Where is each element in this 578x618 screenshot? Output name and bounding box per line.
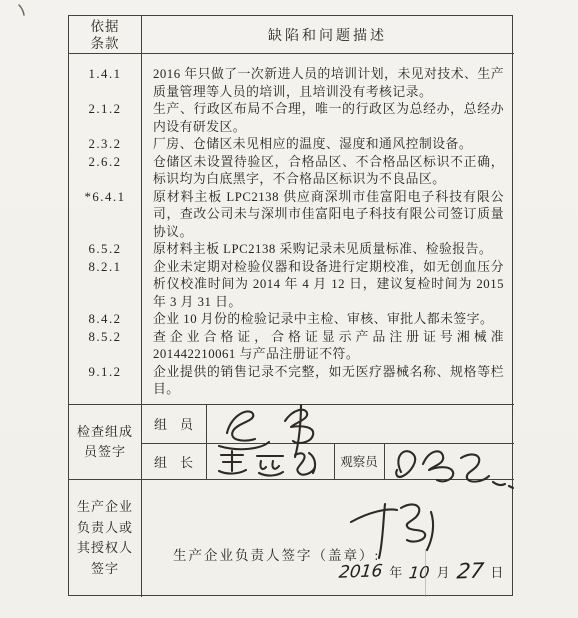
defect-description: 生产、行政区布局不合理，唯一的行政区为总经办，总经办内设有研发区。: [141, 101, 514, 136]
defect-description: 企业提供的销售记录不完整，如无医疗器械名称、规格等栏目。: [141, 364, 514, 399]
basis-line1: 依据: [91, 18, 120, 35]
scan-artifact-line: [425, 549, 426, 597]
defect-row: 1.4.1 2016 年只做了一次新进人员的培训计划，未见对技术、生产质量管理等…: [69, 66, 514, 101]
team-leader-label: 组 长: [141, 443, 206, 479]
gridline-observer-right: [384, 443, 385, 479]
column-header-basis-clause: 依据 条款: [69, 16, 141, 53]
defect-description: 查企业合格证，合格证显示产品注册证号湘械准 201442210061 与产品注册…: [141, 329, 514, 364]
defect-row: *6.4.1 原材料主板 LPC2138 供应商深圳市佳富阳电子科技有限公司，查…: [69, 189, 514, 242]
maker-signature-section-label: 生产企业 负责人或 其授权人 签字: [69, 479, 141, 597]
defect-description: 仓储区未设置待验区，合格品区、不合格品区标识不正确，标识均为白底黑字，不合格品区…: [141, 154, 514, 189]
principal-signature-handwriting: [335, 494, 445, 567]
observer-signature-handwriting: [387, 440, 517, 497]
defect-row: 8.2.1 企业未定期对检验仪器和设备进行定期校准，如无创血压分析仪校准时间为 …: [69, 259, 514, 312]
defect-clause: *6.4.1: [69, 189, 141, 242]
defect-clause: 8.4.2: [69, 311, 141, 329]
inspection-table: 依据 条款 缺陷和问题描述 1.4.1 2016 年只做了一次新进人员的培训计划…: [68, 15, 513, 596]
defect-clause: 2.6.2: [69, 154, 141, 189]
scan-speck-icon: [17, 3, 27, 22]
date-month-handwriting: 10: [408, 563, 430, 583]
scanned-document: 依据 条款 缺陷和问题描述 1.4.1 2016 年只做了一次新进人员的培训计划…: [0, 0, 578, 618]
defect-description: 原材料主板 LPC2138 供应商深圳市佳富阳电子科技有限公司，查改公司未与深圳…: [141, 189, 514, 242]
defect-description: 原材料主板 LPC2138 采购记录未见质量标准、检验报告。: [141, 241, 514, 259]
defect-clause: 8.5.2: [69, 329, 141, 364]
team-signature-section-label: 检查组成 员签字: [69, 404, 141, 479]
defect-clause: 1.4.1: [69, 66, 141, 101]
defect-row: 2.6.2 仓储区未设置待验区，合格品区、不合格品区标识不正确，标识均为白底黑字…: [69, 154, 514, 189]
defect-clause: 2.3.2: [69, 136, 141, 154]
defect-clause: 9.1.2: [69, 364, 141, 399]
date-month-unit: 月: [437, 562, 450, 582]
date-year-handwriting: 2016: [338, 561, 384, 582]
defect-row: 9.1.2 企业提供的销售记录不完整，如无医疗器械名称、规格等栏目。: [69, 364, 514, 399]
team-member-label: 组 员: [141, 404, 206, 443]
defect-row: 8.4.2 企业 10 月份的检验记录中主检、审核、审批人都未签字。: [69, 311, 514, 329]
defect-clause: 2.1.2: [69, 101, 141, 136]
defect-description: 企业 10 月份的检验记录中主检、审核、审批人都未签字。: [141, 311, 514, 329]
defect-row: 2.3.2 厂房、仓储区未见相应的温度、湿度和通风控制设备。: [69, 136, 514, 154]
gridline-role-divider: [206, 404, 207, 479]
column-header-defect-description: 缺陷和问题描述: [141, 16, 514, 53]
date-day-handwriting: 27: [455, 561, 484, 583]
defect-row: 2.1.2 生产、行政区布局不合理，唯一的行政区为总经办，总经办内设有研发区。: [69, 101, 514, 136]
basis-line2: 条款: [91, 35, 120, 52]
leader-signature-handwriting: [213, 445, 328, 484]
defect-clause: 6.5.2: [69, 241, 141, 259]
signature-date: 2016 年 10 月 27 日: [339, 561, 539, 582]
defect-row: 6.5.2 原材料主板 LPC2138 采购记录未见质量标准、检验报告。: [69, 241, 514, 259]
date-day-unit: 日: [490, 562, 503, 582]
defect-list: 1.4.1 2016 年只做了一次新进人员的培训计划，未见对技术、生产质量管理等…: [69, 54, 514, 404]
date-year-unit: 年: [389, 562, 402, 582]
defect-description: 2016 年只做了一次新进人员的培训计划，未见对技术、生产质量管理等人员的培训，…: [141, 66, 514, 101]
defect-description: 厂房、仓储区未见相应的温度、湿度和通风控制设备。: [141, 136, 514, 154]
defect-clause: 8.2.1: [69, 259, 141, 312]
defect-row: 8.5.2 查企业合格证，合格证显示产品注册证号湘械准 201442210061…: [69, 329, 514, 364]
defect-description: 企业未定期对检验仪器和设备进行定期校准，如无创血压分析仪校准时间为 2014 年…: [141, 259, 514, 312]
